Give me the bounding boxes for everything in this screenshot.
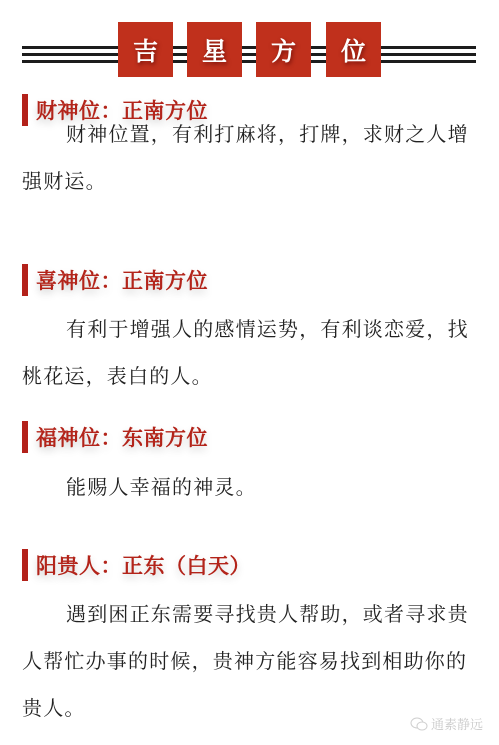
- title-banner: 吉 星 方 位: [0, 0, 499, 90]
- section-paragraph: 能赐人幸福的神灵。: [22, 464, 482, 511]
- wechat-icon: [410, 717, 428, 731]
- accent-bar: [22, 549, 28, 581]
- section-paragraph: 有利于增强人的感情运势，有利谈恋爱，找桃花运，表白的人。: [22, 306, 482, 400]
- heading-text: 阳贵人：正东（白天）: [36, 550, 251, 580]
- watermark: 通素静远: [410, 714, 483, 733]
- accent-bar: [22, 264, 28, 296]
- banner-line: [22, 60, 476, 63]
- banner-line: [22, 53, 476, 56]
- banner-line: [22, 46, 476, 49]
- accent-bar: [22, 421, 28, 453]
- section-paragraph: 遇到困正东需要寻找贵人帮助，或者寻求贵人帮忙办事的时候，贵神方能容易找到相助你的…: [22, 591, 482, 732]
- title-box: 位: [326, 22, 381, 77]
- section-heading: 阳贵人：正东（白天）: [22, 549, 251, 581]
- title-box: 方: [256, 22, 311, 77]
- section-paragraph: 财神位置，有利打麻将，打牌，求财之人增强财运。: [22, 111, 482, 205]
- watermark-text: 通素静远: [431, 714, 483, 733]
- heading-text: 福神位：东南方位: [36, 422, 208, 452]
- section-heading: 喜神位：正南方位: [22, 264, 208, 296]
- section-heading: 福神位：东南方位: [22, 421, 208, 453]
- title-box: 星: [187, 22, 242, 77]
- title-box: 吉: [118, 22, 173, 77]
- heading-text: 喜神位：正南方位: [36, 265, 208, 295]
